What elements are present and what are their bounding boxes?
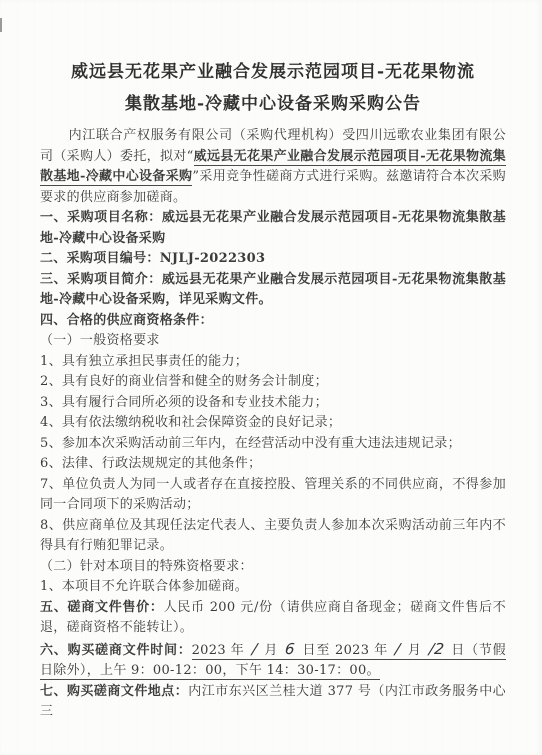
- document-content: 威远县无花果产业融合发展示范园项目-无花果物流 集散基地-冷藏中心设备采购采购公…: [40, 56, 506, 723]
- page-title-line2: 集散基地-冷藏中心设备采购采购公告: [40, 88, 506, 120]
- subheading-special-requirements: （二）针对本项目的特殊资格要求：: [40, 557, 506, 578]
- section-6-label: 六、购买磋商文件时间：: [40, 643, 192, 658]
- handwritten-month-start: ∕: [244, 639, 266, 660]
- section-1-project-name: 一、采购项目名称：威远县无花果产业融合发展示范园项目-无花果物流集散基地-冷藏中…: [40, 208, 506, 249]
- general-requirement-8: 8、供应商单位及其现任法定代表人、主要负责人参加本次采购活动前三年内不得具有行贿…: [40, 516, 506, 557]
- section-2-label: 二、采购项目编号：: [40, 251, 160, 266]
- general-requirement-5: 5、参加本次采购活动前三年内，在经营活动中没有重大违法违规记录；: [40, 434, 506, 455]
- general-requirement-3: 3、具有履行合同所必须的设备和专业技术能力；: [40, 393, 506, 414]
- document-page: 威远县无花果产业融合发展示范园项目-无花果物流 集散基地-冷藏中心设备采购采购公…: [0, 0, 542, 755]
- general-requirement-6: 6、法律、行政法规规定的其他条件；: [40, 454, 506, 475]
- handwritten-day-start: 6: [277, 639, 303, 660]
- time-of-day-range: 上午 9：00-12：00，下午 14：30-17：00。: [100, 663, 380, 678]
- section-3-project-brief: 三、采购项目简介：威远县无花果产业融合发展示范园项目-无花果物流集散基地-冷藏中…: [40, 270, 506, 311]
- section-3-label: 三、采购项目简介：: [40, 272, 162, 287]
- section-1-label: 一、采购项目名称：: [40, 210, 162, 225]
- page-title: 威远县无花果产业融合发展示范园项目-无花果物流 集散基地-冷藏中心设备采购采购公…: [40, 56, 506, 120]
- subheading-general-requirements: （一）一般资格要求: [40, 331, 506, 352]
- general-requirement-4: 4、具有依法缴纳税收和社会保障资金的良好记录；: [40, 413, 506, 434]
- section-5-label: 五、磋商文件售价：: [40, 600, 164, 615]
- handwritten-month-end: ∕: [387, 639, 409, 660]
- time-month-label-end: 月: [407, 643, 421, 658]
- general-requirement-7: 7、单位负责人为同一人或者存在直接控股、管理关系的不同供应商，不得参加同一合同项…: [40, 475, 506, 516]
- section-2-project-number: 二、采购项目编号：NJLJ-2022303: [40, 249, 506, 270]
- general-requirement-1: 1、具有独立承担民事责任的能力；: [40, 352, 506, 373]
- project-number-value: NJLJ-2022303: [160, 251, 266, 266]
- section-6-purchase-time: 六、购买磋商文件时间：2023 年∕月6日至 2023 年∕月∕2日（节假日除外…: [40, 639, 506, 682]
- time-month-label-start: 月: [264, 643, 278, 658]
- general-requirement-2: 2、具有良好的商业信誉和健全的财务会计制度；: [40, 372, 506, 393]
- page-title-line1: 威远县无花果产业融合发展示范园项目-无花果物流: [40, 56, 506, 88]
- time-year-start: 2023 年: [192, 643, 245, 658]
- section-7-label: 七、购买磋商文件地点：: [40, 684, 188, 699]
- section-4-heading: 四、合格的供应商资格条件：: [40, 311, 506, 332]
- special-requirement-1: 1、本项目不允许联合体参加磋商。: [40, 577, 506, 598]
- scan-artifact-mark: [0, 18, 2, 32]
- time-to-year-end: 日至 2023 年: [302, 643, 388, 658]
- section-5-document-price: 五、磋商文件售价：人民币 200 元/份（请供应商自备现金；磋商文件售后不退，磋…: [40, 598, 506, 639]
- handwritten-day-end: ∕2: [421, 639, 452, 660]
- section-7-purchase-location: 七、购买磋商文件地点：内江市东兴区兰桂大道 377 号（内江市政务服务中心三: [40, 682, 506, 723]
- intro-paragraph: 内江联合产权服务有限公司（采购代理机构）受四川远歌农业集团有限公司（采购人）委托…: [40, 126, 506, 208]
